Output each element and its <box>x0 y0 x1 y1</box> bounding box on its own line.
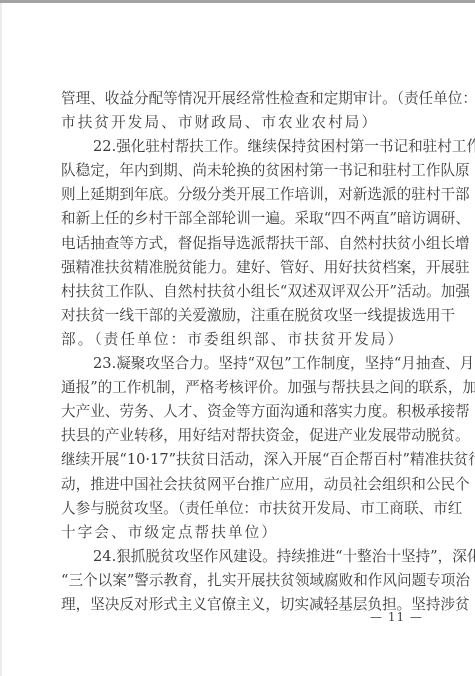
text-line: 扶县的产业转移，用好结对帮扶资金，促进产业发展带动脱贫。 <box>61 424 417 448</box>
section-23-heading-line: 23.凝聚攻坚合力。坚持“双包”工作制度，坚持“月抽查、月 <box>61 352 417 376</box>
document-page: 管理、收益分配等情况开展经常性检查和定期审计。（责任单位： 市扶贫开发局、市财政… <box>61 87 417 617</box>
page-number: — 11 — <box>370 610 423 624</box>
section-24-heading-line: 24.狠抓脱贫攻坚作风建设。持续推进“十整治十坚持”，深化 <box>61 545 417 569</box>
text-line: 村扶贫工作队、自然村扶贫小组长“双述双评双公开”活动。加强 <box>61 280 417 304</box>
page-left-edge <box>0 3 2 676</box>
text-line: 强精准扶贫精准脱贫能力。建好、管好、用好扶贫档案，开展驻 <box>61 256 417 280</box>
text-line: 大产业、劳务、人才、资金等方面沟通和落实力度。积极承接帮 <box>61 400 417 424</box>
text-line: 对扶贫一线干部的关爱激励，注重在脱贫攻坚一线提拔选用干 <box>61 304 417 328</box>
text-line: 继续开展“10·17”扶贫日活动，深入开展“百企帮百村”精准扶贫行 <box>61 448 417 472</box>
text-line: 人参与脱贫攻坚。（责任单位：市扶贫开发局、市工商联、市红 <box>61 497 417 521</box>
text-line: “三个以案”警示教育，扎实开展扶贫领域腐败和作风问题专项治 <box>61 569 417 593</box>
section-22-heading-line: 22.强化驻村帮扶工作。继续保持贫困村第一书记和驻村工作 <box>61 135 417 159</box>
text-line: 电话抽查等方式，督促指导选派帮扶干部、自然村扶贫小组长增 <box>61 232 417 256</box>
text-line: 通报”的工作机制，严格考核评价。加强与帮扶县之间的联系，加 <box>61 376 417 400</box>
text-line: 十字会、市级定点帮扶单位） <box>61 521 417 545</box>
text-line: 管理、收益分配等情况开展经常性检查和定期审计。（责任单位： <box>61 87 417 111</box>
text-line: 和新上任的乡村干部全部轮训一遍。采取“四不两直”暗访调研、 <box>61 207 417 231</box>
text-line: 则上延期到年底。分级分类开展工作培训，对新选派的驻村干部 <box>61 183 417 207</box>
text-line: 队稳定，年内到期、尚未轮换的贫困村第一书记和驻村工作队原 <box>61 159 417 183</box>
text-line: 市扶贫开发局、市财政局、市农业农村局） <box>61 111 417 135</box>
text-line: 动，推进中国社会扶贫网平台推广应用，动员社会组织和公民个 <box>61 473 417 497</box>
text-line: 部。（责任单位：市委组织部、市扶贫开发局） <box>61 328 417 352</box>
text-line: 理，坚决反对形式主义官僚主义，切实减轻基层负担。坚持涉贫 <box>61 593 417 617</box>
window-top-bar <box>0 0 475 3</box>
